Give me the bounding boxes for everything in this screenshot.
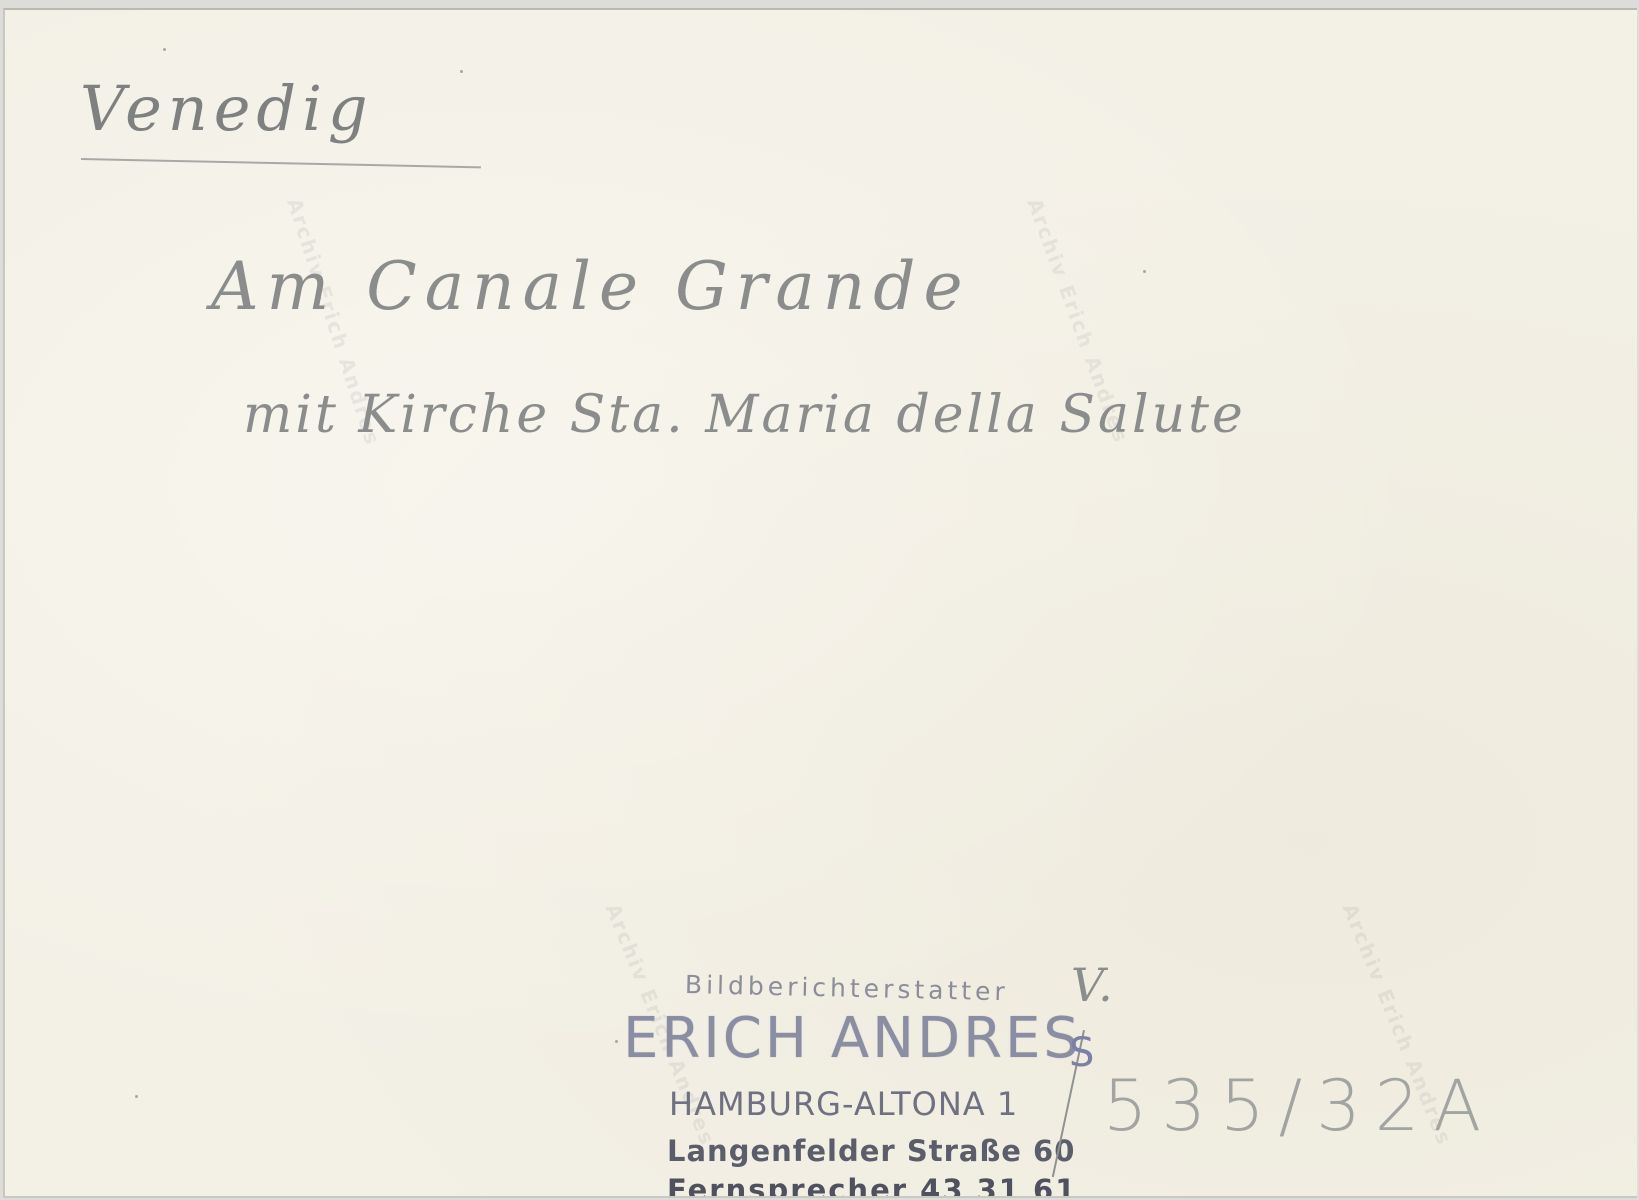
handwritten-heading: Venedig xyxy=(80,72,374,145)
stamp-title: Bildberichterstatter xyxy=(685,970,1009,1006)
handwritten-caption-line-1: Am Canale Grande xyxy=(211,248,971,325)
heading-underline xyxy=(81,158,481,168)
stamp-photographer-name: ERICH ANDRES xyxy=(623,1006,1082,1071)
paper-speck xyxy=(615,1040,618,1043)
paper-speck xyxy=(460,70,463,73)
paper-speck xyxy=(1143,270,1146,273)
stamp-city: HAMBURG-ALTONA 1 xyxy=(669,1085,1018,1123)
stamp-street: Langenfelder Straße 60 xyxy=(667,1134,1075,1168)
photo-back-card: Archiv Erich Andres Archiv Erich Andres … xyxy=(3,8,1637,1198)
handwritten-caption-line-2: mit Kirche Sta. Maria della Salute xyxy=(243,385,1246,445)
paper-speck xyxy=(163,48,166,51)
handwritten-reference-number: 535/32A xyxy=(1103,1065,1495,1147)
paper-speck xyxy=(135,1095,138,1098)
handwritten-stamp-annotation: V. xyxy=(1071,958,1115,1012)
reference-prefix: S xyxy=(1069,1030,1094,1076)
stamp-phone: Fernsprecher 43 31 61 xyxy=(667,1173,1077,1198)
